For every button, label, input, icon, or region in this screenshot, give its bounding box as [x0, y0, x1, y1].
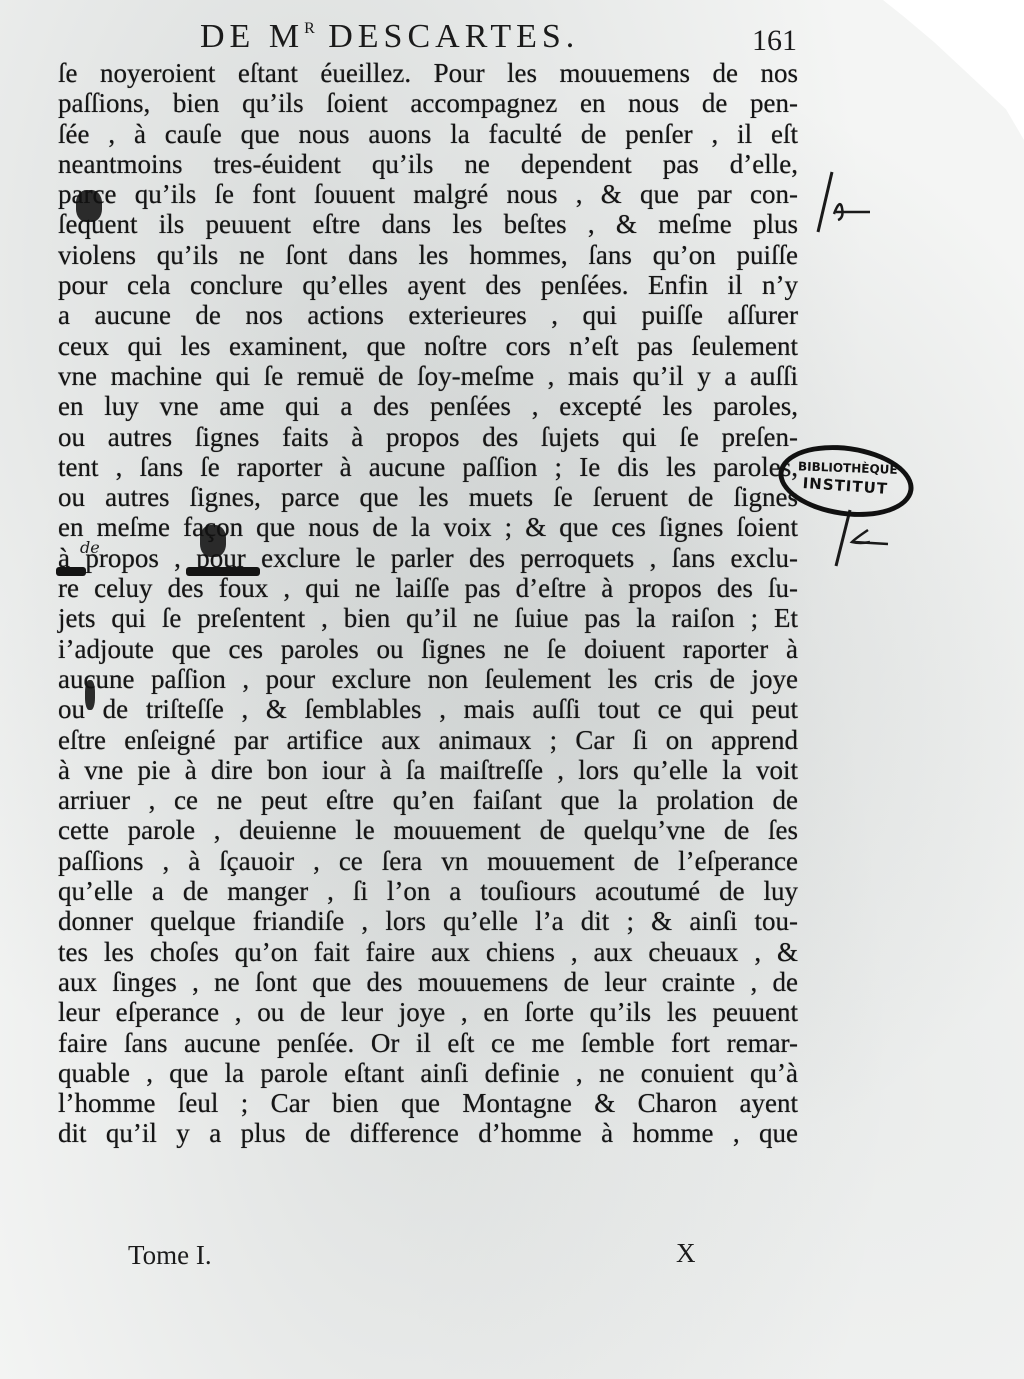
scanned-book-page: DE MR DESCARTES. 161 ſe noyeroient eſtan…: [0, 0, 1024, 1379]
text-line: tent , ſans ſe raporter à aucune paſſion…: [58, 452, 798, 482]
strikethrough-en: [56, 567, 86, 576]
text-line: cette parole , deuienne le mouuement de …: [58, 815, 798, 845]
text-line: à vne pie à dire bon iour à ſa maiſtreſſ…: [58, 755, 798, 785]
text-line: ou autres ſignes faits à propos des ſuje…: [58, 422, 798, 452]
text-line: aucune paſſion , pour exclure non ſeulem…: [58, 664, 798, 694]
text-line: ou autres ſignes, parce que les muets ſe…: [58, 482, 798, 512]
text-line: paſſions , à ſçauoir , ce ſera vn mouuem…: [58, 846, 798, 876]
text-line: donner quelque friandiſe , lors qu’elle …: [58, 906, 798, 936]
text-line: l’homme ſeul ; Car bien que Montagne & C…: [58, 1088, 798, 1118]
signature-mark: X: [676, 1238, 696, 1269]
text-line: tes les choſes qu’on fait faire aux chie…: [58, 937, 798, 967]
running-head: DE MR DESCARTES.: [200, 18, 579, 56]
text-line: qu’elle a de manger , ſi l’on a touſiour…: [58, 876, 798, 906]
text-line: faire ſans aucune penſée. Or il eſt ce m…: [58, 1028, 798, 1058]
torn-page-corner: [874, 0, 1024, 140]
text-line: quable , que la parole eſtant ainſi defi…: [58, 1058, 798, 1088]
text-line: neantmoins tres-éuident qu’ils ne depend…: [58, 149, 798, 179]
text-line: ſée , à cauſe que nous auons la faculté …: [58, 119, 798, 149]
text-line: paſſions, bien qu’ils ſoient accompagnez…: [58, 88, 798, 118]
text-line: ſe noyeroient eſtant éueillez. Pour les …: [58, 58, 798, 88]
text-line: jets qui ſe preſentent , bien qu’il ne ſ…: [58, 603, 798, 633]
body-text: ſe noyeroient eſtant éueillez. Pour les …: [58, 58, 798, 1149]
volume-label: Tome I.: [128, 1240, 212, 1271]
text-line: dit qu’il y a plus de difference d’homme…: [58, 1118, 798, 1148]
text-line: violens qu’ils ne ſont dans les hommes, …: [58, 240, 798, 270]
text-line: a aucune de nos actions exterieures , qu…: [58, 300, 798, 330]
running-head-main: DE M: [200, 18, 304, 55]
page-number: 161: [752, 24, 797, 58]
text-line: vne machine qui ſe remuë de ſoy-meſme , …: [58, 361, 798, 391]
text-line: ſequent ils peuuent eſtre dans les beſte…: [58, 209, 798, 239]
text-line: eſtre enſeigné par artifice aux animaux …: [58, 725, 798, 755]
margin-correction-mark-1: [812, 168, 872, 238]
ink-blot-correction: [76, 190, 102, 222]
text-line: en luy vne ame qui a des penſées , excep…: [58, 391, 798, 421]
text-line: pour cela conclure qu’elles ayent des pe…: [58, 270, 798, 300]
text-line: à propos , pour exclure le parler des pe…: [58, 543, 798, 573]
handwritten-correction-de: de: [80, 538, 100, 557]
text-line: arriuer , ce ne peut eſtre qu’en faiſant…: [58, 785, 798, 815]
text-line: aux ſinges , ne ſont que des mouuemens d…: [58, 967, 798, 997]
ink-blot-correction: [85, 680, 95, 710]
pen-stroke-icon: [812, 168, 872, 238]
strikethrough-facon: [186, 567, 260, 576]
text-line: re celuy des foux , qui ne laiſſe pas d’…: [58, 573, 798, 603]
running-head-superscript: R: [304, 20, 315, 37]
text-line: leur eſperance , ou de leur joye , en ſo…: [58, 997, 798, 1027]
text-line: parce qu’ils ſe font ſouuent malgré nous…: [58, 179, 798, 209]
text-line: ceux qui les examinent, que noſtre cors …: [58, 331, 798, 361]
text-line: en meſme façon que nous de la voix ; & q…: [58, 512, 798, 542]
text-line: ou de triſteſſe , & ſemblables , mais au…: [58, 694, 798, 724]
running-head-rest: DESCARTES.: [315, 18, 580, 55]
text-line: i’adjoute que ces paroles ou ſignes ne ſ…: [58, 634, 798, 664]
ink-blot-correction: [200, 525, 226, 557]
